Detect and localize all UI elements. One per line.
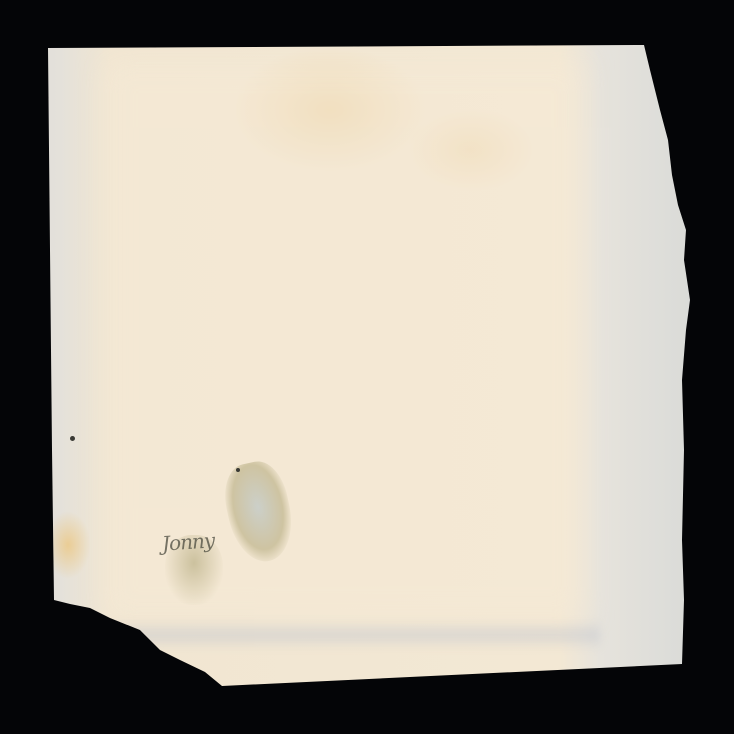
ink-speck bbox=[70, 436, 75, 441]
pencil-mark: Jonny bbox=[161, 528, 215, 556]
perforation-shadow bbox=[100, 620, 600, 650]
ink-speck bbox=[236, 468, 240, 472]
